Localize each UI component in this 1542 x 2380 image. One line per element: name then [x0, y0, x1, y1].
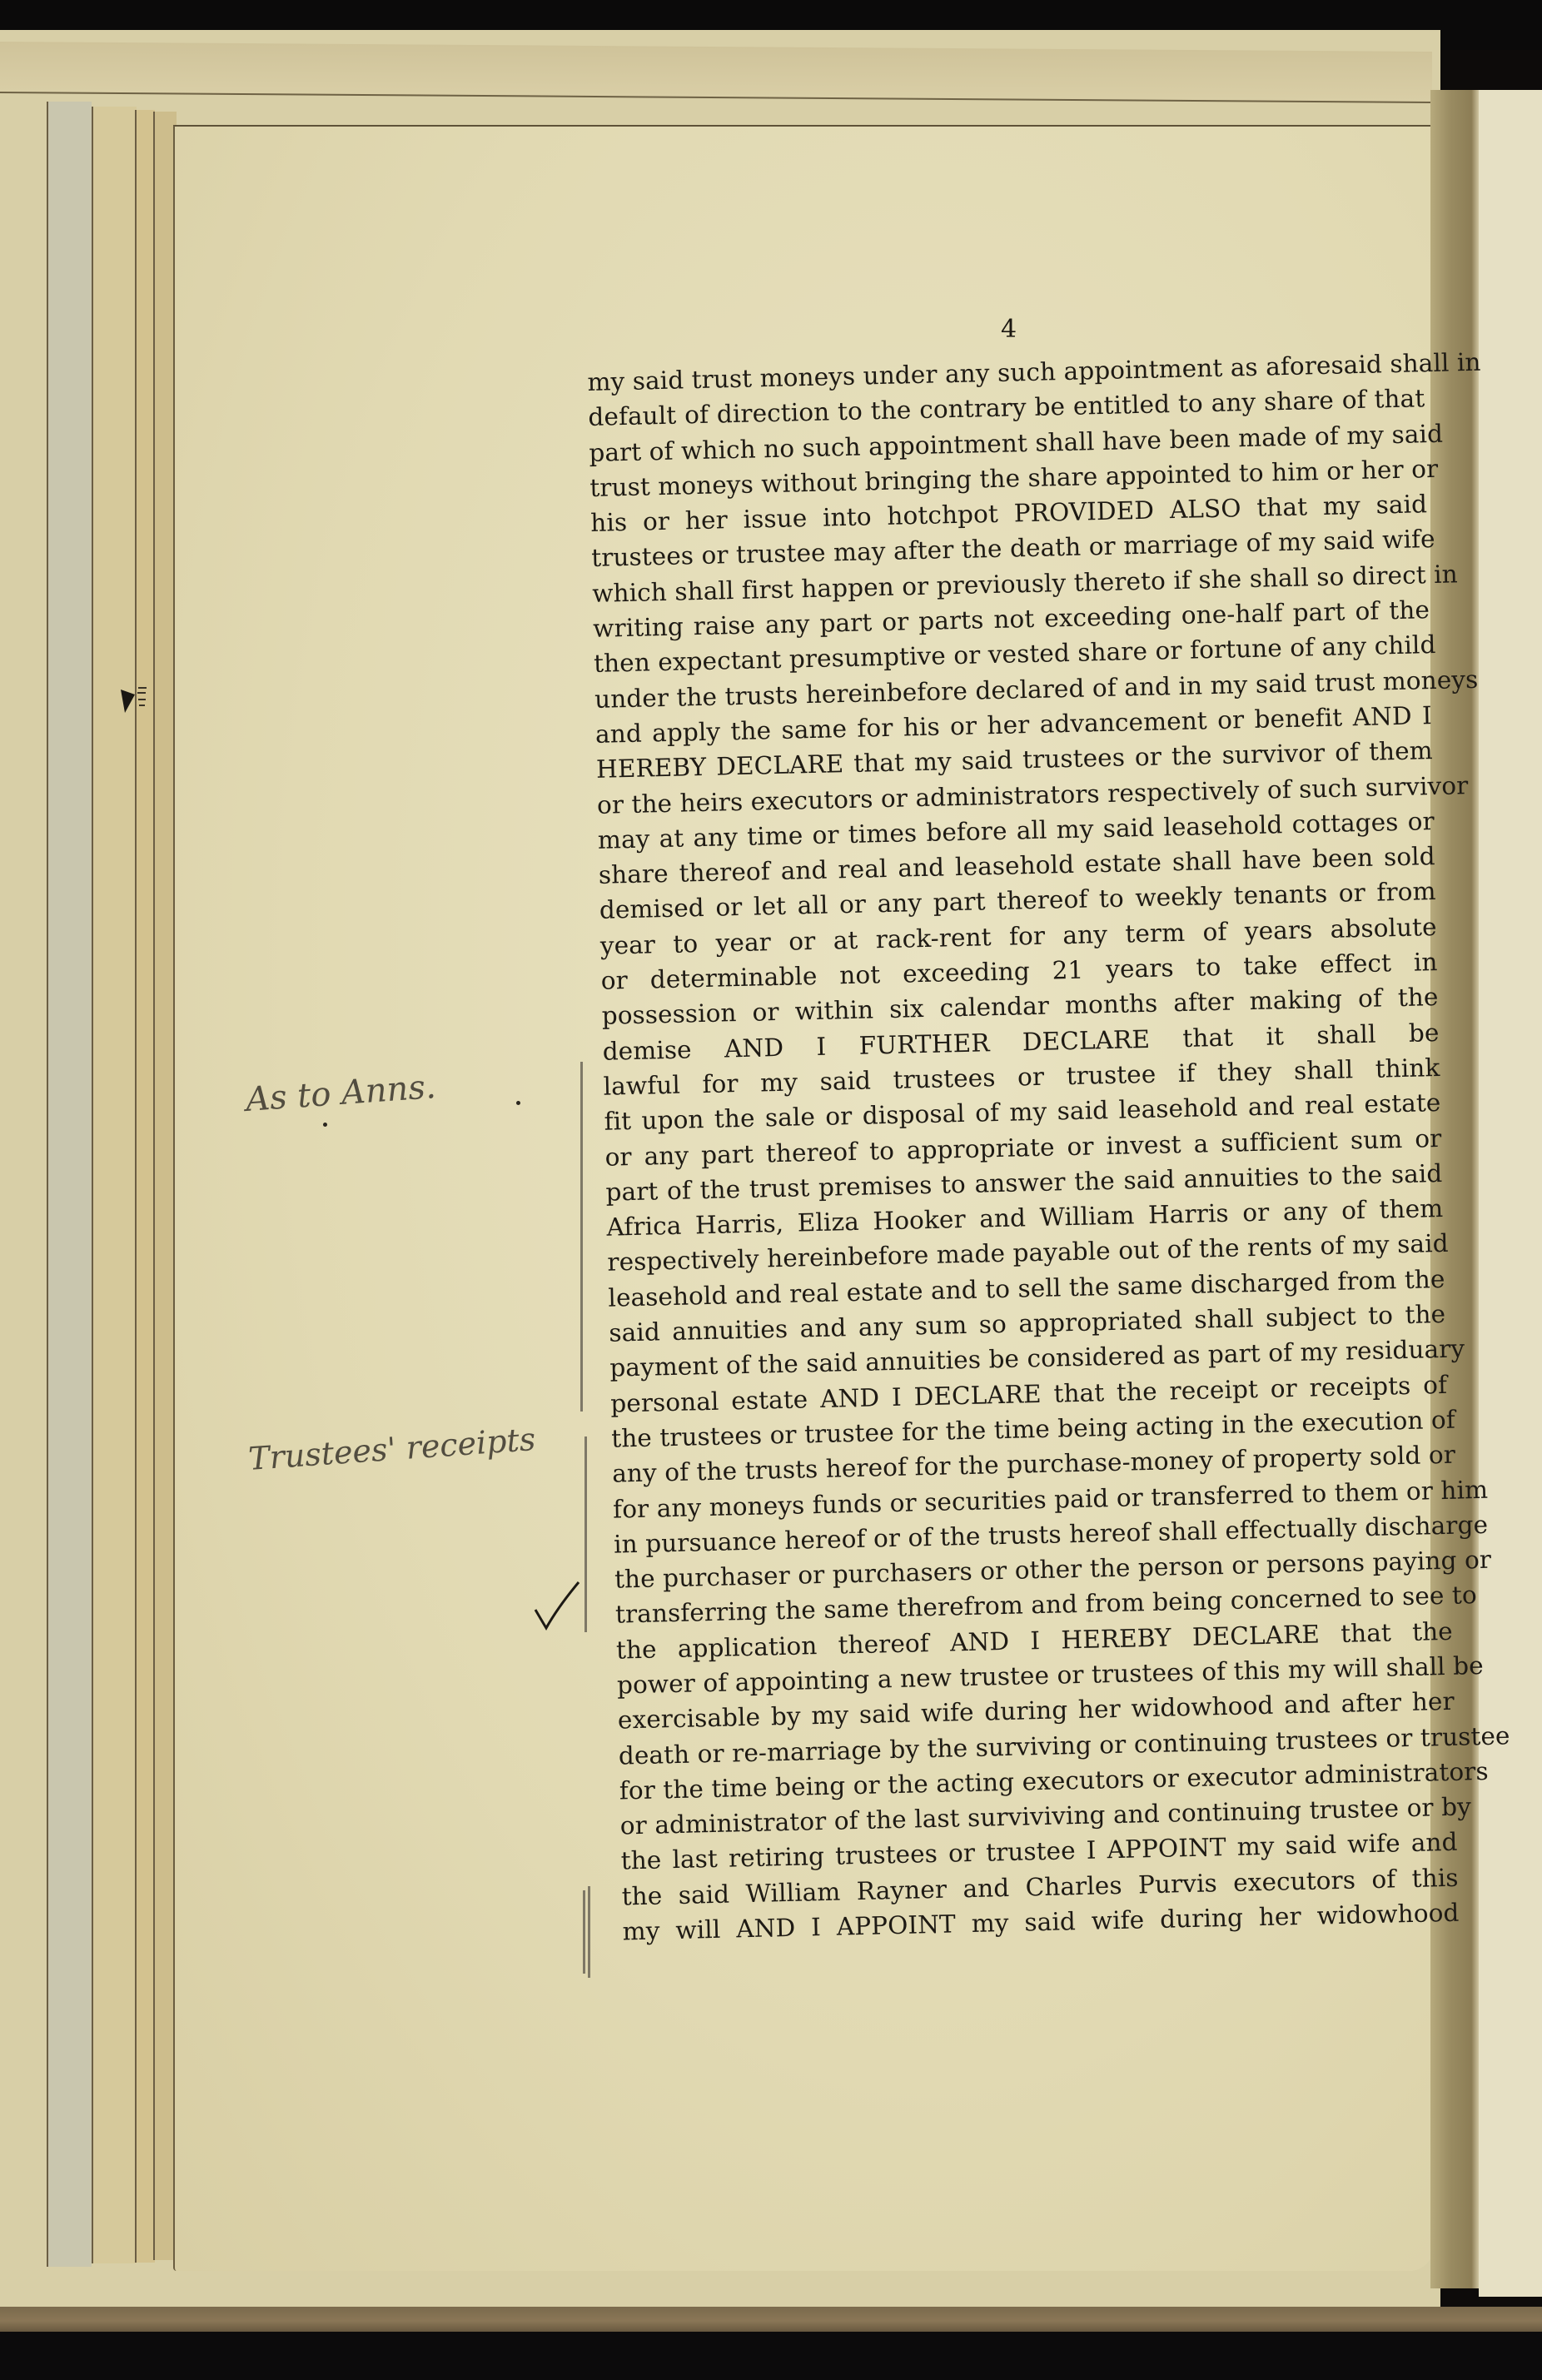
will-body-text: my said trust moneys under any such appo…: [587, 346, 1464, 1949]
page-stack-edge: [47, 102, 92, 2267]
ink-speck: [323, 1123, 327, 1127]
torn-tab-mark-icon: [117, 683, 150, 724]
page-stack-edge: [135, 110, 155, 2263]
check-mark-icon: [533, 1578, 583, 1636]
page-number: 4: [1001, 315, 1017, 344]
pencil-bracket: [584, 1436, 587, 1632]
book-cover-bottom: [0, 2332, 1542, 2380]
page-stack-edge: [92, 107, 137, 2263]
pencil-bracket: [588, 1886, 590, 1978]
pencil-bracket: [580, 1062, 583, 1412]
facing-page-edge: [1479, 90, 1542, 2297]
underlying-sheet-fold: [0, 42, 1432, 103]
ink-speck: [516, 1101, 520, 1105]
pencil-bracket: [583, 1890, 585, 1974]
binding-edge: [0, 2307, 1542, 2335]
